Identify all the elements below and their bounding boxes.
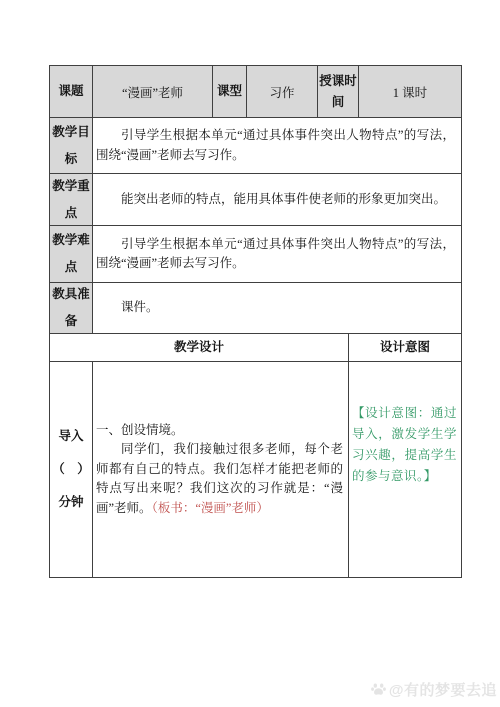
board-note-text: （板书：“漫画”老师） [152,501,269,515]
lesson-plan-table: 课题 “漫画”老师 课型 习作 授课时间 1 课时 教学目标 引导学生根据本单元… [49,65,462,578]
teaching-aids-text: 课件。 [96,298,455,318]
course-title-value: “漫画”老师 [93,66,213,118]
teaching-difficulty-row: 教学难点 引导学生根据本单元“通过具体事件突出人物特点”的写法，围绕“漫画”老师… [50,226,461,283]
course-info-row: 课题 “漫画”老师 课型 习作 授课时间 1 课时 [50,66,461,118]
teaching-difficulty-content: 引导学生根据本单元“通过具体事件突出人物特点”的写法，围绕“漫画”老师去写习作。 [93,226,461,283]
lesson-content-cell: 一、创设情境。 同学们，我们接触过很多老师，每个老师都有自己的特点。我们怎样才能… [93,362,349,577]
teaching-goal-text: 引导学生根据本单元“通过具体事件突出人物特点”的写法，围绕“漫画”老师去写习作。 [96,126,455,165]
teaching-keypoint-label: 教学重点 [50,174,93,226]
teaching-goal-label: 教学目标 [50,118,93,174]
teaching-goal-row: 教学目标 引导学生根据本单元“通过具体事件突出人物特点”的写法，围绕“漫画”老师… [50,118,461,174]
design-intent-text: 【设计意图：通过导入，激发学生学习兴趣，提高学生的参与意识。】 [352,403,457,487]
design-header-right: 设计意图 [349,334,461,362]
course-title-label: 课题 [50,66,93,118]
lesson-section-title: 一、创设情境。 [96,421,343,441]
teaching-aids-content: 课件。 [93,283,461,334]
design-header-row: 教学设计 设计意图 [50,334,461,362]
teaching-aids-label: 教具准备 [50,283,93,334]
paw-icon [370,681,387,698]
teaching-difficulty-text: 引导学生根据本单元“通过具体事件突出人物特点”的写法，围绕“漫画”老师去写习作。 [96,235,455,274]
watermark-text: @有的梦要去追 [389,679,497,700]
course-type-value: 习作 [247,66,318,118]
lesson-paragraph: 同学们，我们接触过很多老师，每个老师都有自己的特点。我们怎样才能把老师的特点写出… [96,440,343,518]
teaching-difficulty-label: 教学难点 [50,226,93,283]
teaching-keypoint-content: 能突出老师的特点，能用具体事件使老师的形象更加突出。 [93,174,461,226]
course-type-label: 课型 [213,66,247,118]
course-time-value: 1 课时 [359,66,461,118]
design-intent-cell: 【设计意图：通过导入，激发学生学习兴趣，提高学生的参与意识。】 [349,362,461,577]
design-header-left: 教学设计 [50,334,349,362]
teaching-keypoint-text: 能突出老师的特点，能用具体事件使老师的形象更加突出。 [96,190,455,210]
teaching-aids-row: 教具准备 课件。 [50,283,461,334]
lesson-intro-row: 导入（ ）分钟 一、创设情境。 同学们，我们接触过很多老师，每个老师都有自己的特… [50,362,461,577]
watermark: @有的梦要去追 [370,679,497,700]
course-time-label: 授课时间 [318,66,359,118]
teaching-goal-content: 引导学生根据本单元“通过具体事件突出人物特点”的写法，围绕“漫画”老师去写习作。 [93,118,461,174]
lesson-stage-label: 导入（ ）分钟 [50,362,93,577]
teaching-keypoint-row: 教学重点 能突出老师的特点，能用具体事件使老师的形象更加突出。 [50,174,461,226]
